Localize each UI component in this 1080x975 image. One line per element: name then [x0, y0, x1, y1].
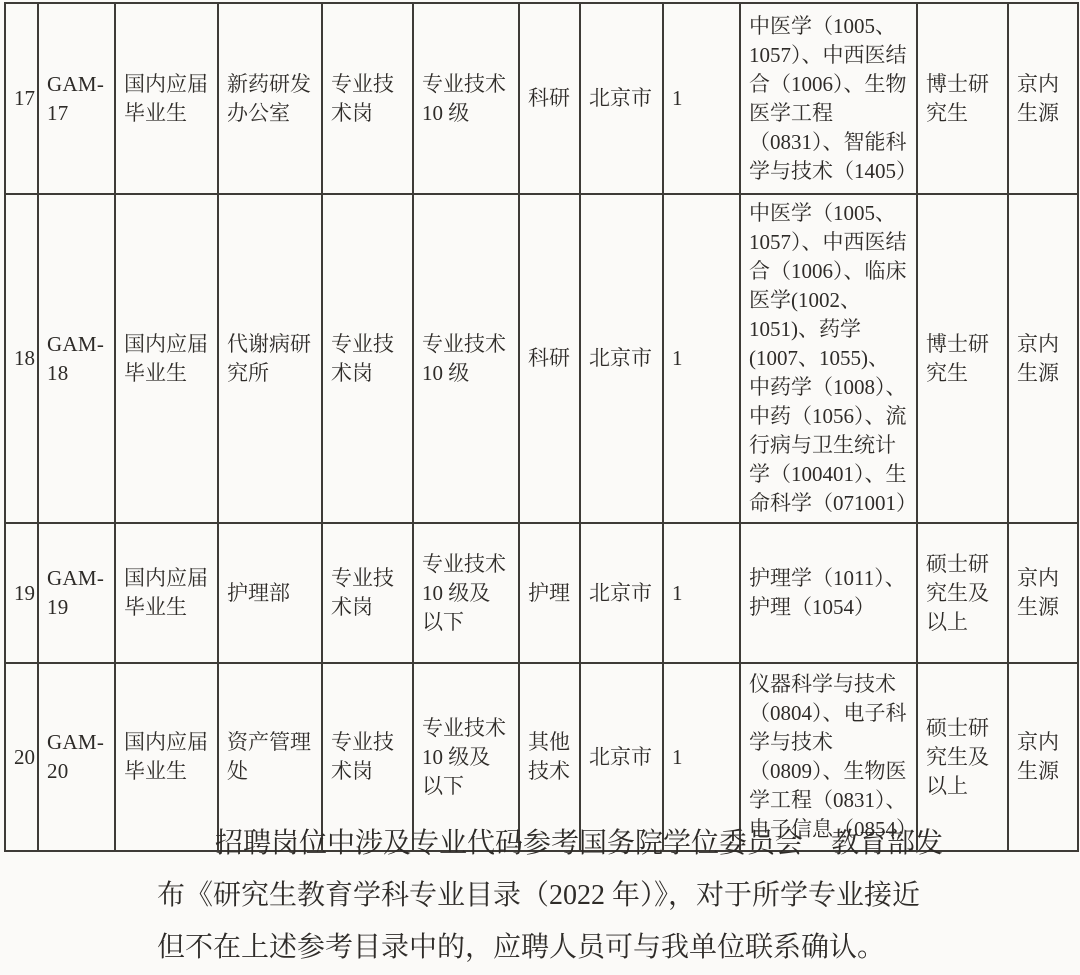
cell-headcount: 1 [663, 523, 740, 663]
note-paragraph: 招聘岗位中涉及专业代码参考国务院学位委员会 教育部发 布《研究生教育学科专业目录… [157, 818, 977, 974]
cell-majors: 中医学（1005、1057）、中西医结合（1006）、生物医学工程（0831）、… [740, 3, 917, 194]
cell-headcount: 1 [663, 194, 740, 523]
cell-student-origin: 京内生源 [1008, 523, 1078, 663]
cell-education-requirement: 博士研究生 [917, 194, 1008, 523]
cell-serial-number: 19 [5, 523, 38, 663]
cell-department: 新药研发办公室 [218, 3, 322, 194]
cell-department: 代谢病研究所 [218, 194, 322, 523]
cell-post-category: 专业技术岗 [322, 194, 413, 523]
cell-student-origin: 京内生源 [1008, 194, 1078, 523]
cell-job-category: 护理 [519, 523, 580, 663]
cell-post-category: 专业技术岗 [322, 523, 413, 663]
cell-job-category: 科研 [519, 3, 580, 194]
cell-work-location: 北京市 [580, 194, 663, 523]
cell-education-requirement: 博士研究生 [917, 3, 1008, 194]
cell-majors: 中医学（1005、1057）、中西医结合（1006）、临床医学(1002、105… [740, 194, 917, 523]
cell-recruit-type: 国内应届毕业生 [115, 523, 218, 663]
cell-work-location: 北京市 [580, 3, 663, 194]
cell-post-level: 专业技术 10 级 [413, 3, 519, 194]
cell-recruit-type: 国内应届毕业生 [115, 3, 218, 194]
cell-serial-number: 20 [5, 663, 38, 851]
cell-headcount: 1 [663, 3, 740, 194]
position-row-19: 19 GAM-19 国内应届毕业生 护理部 专业技术岗 专业技术 10 级及以下… [5, 523, 1078, 663]
note-line: 布《研究生教育学科专业目录（2022 年）》，对于所学专业接近 [157, 870, 977, 922]
cell-recruit-type: 国内应届毕业生 [115, 194, 218, 523]
cell-serial-number: 18 [5, 194, 38, 523]
note-line: 招聘岗位中涉及专业代码参考国务院学位委员会 教育部发 [157, 818, 977, 870]
cell-position-code: GAM-17 [38, 3, 115, 194]
cell-majors: 护理学（1011）、护理（1054） [740, 523, 917, 663]
cell-serial-number: 17 [5, 3, 38, 194]
cell-position-code: GAM-18 [38, 194, 115, 523]
cell-work-location: 北京市 [580, 523, 663, 663]
recruitment-positions-table: 17 GAM-17 国内应届毕业生 新药研发办公室 专业技术岗 专业技术 10 … [4, 2, 1079, 852]
note-line: 但不在上述参考目录中的，应聘人员可与我单位联系确认。 [157, 922, 977, 974]
cell-post-level: 专业技术 10 级及以下 [413, 523, 519, 663]
position-row-18: 18 GAM-18 国内应届毕业生 代谢病研究所 专业技术岗 专业技术 10 级… [5, 194, 1078, 523]
cell-post-level: 专业技术 10 级 [413, 194, 519, 523]
cell-position-code: GAM-20 [38, 663, 115, 851]
cell-department: 护理部 [218, 523, 322, 663]
position-row-17: 17 GAM-17 国内应届毕业生 新药研发办公室 专业技术岗 专业技术 10 … [5, 3, 1078, 194]
cell-job-category: 科研 [519, 194, 580, 523]
cell-student-origin: 京内生源 [1008, 663, 1078, 851]
cell-education-requirement: 硕士研究生及以上 [917, 523, 1008, 663]
document-page: 17 GAM-17 国内应届毕业生 新药研发办公室 专业技术岗 专业技术 10 … [0, 0, 1080, 975]
cell-student-origin: 京内生源 [1008, 3, 1078, 194]
cell-post-category: 专业技术岗 [322, 3, 413, 194]
cell-position-code: GAM-19 [38, 523, 115, 663]
